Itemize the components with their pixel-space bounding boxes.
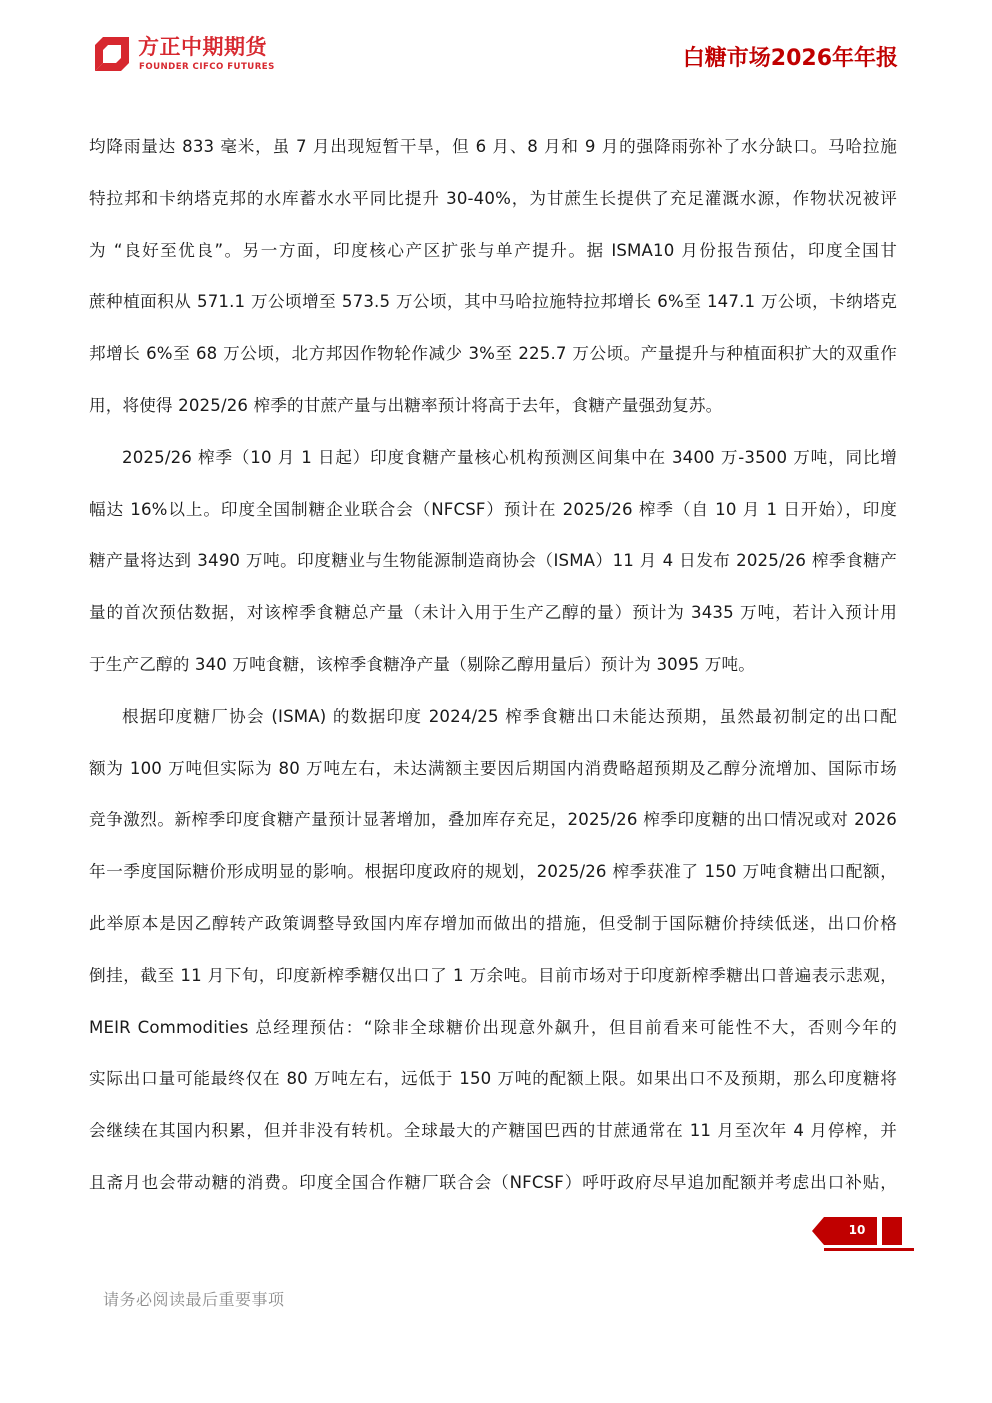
logo-name-en: FOUNDER CIFCO FUTURES [139,62,275,72]
text-line: 糖产量将达到 3490 万吨。印度糖业与生物能源制造商协会（ISMA）11 月 … [89,535,897,587]
text-line: 且斋月也会带动糖的消费。印度全国合作糖厂联合会（NFCSF）呼吁政府尽早追加配额… [89,1157,897,1209]
report-title: 白糖市场2026年年报 [683,45,898,73]
text-line: 竞争激烈。新榨季印度食糖产量预计显著增加，叠加库存充足，2025/26 榨季印度… [89,794,897,846]
text-line: 特拉邦和卡纳塔克邦的水库蓄水水平同比提升 30-40%，为甘蔗生长提供了充足灌溉… [89,173,897,225]
paragraph-production-forecast: 2025/26 榨季（10 月 1 日起）印度食糖产量核心机构预测区间集中在 3… [89,432,897,691]
text-line: 为 “良好至优良”。另一方面，印度核心产区扩张与单产提升。据 ISMA10 月份… [89,225,897,277]
text-line: 2025/26 榨季（10 月 1 日起）印度食糖产量核心机构预测区间集中在 3… [89,432,897,484]
disclaimer-note: 请务必阅读最后重要事项 [103,1289,285,1311]
text-line: 邦增长 6%至 68 万公顷，北方邦因作物轮作减少 3%至 225.7 万公顷。… [89,328,897,380]
text-line: 用，将使得 2025/26 榨季的甘蔗产量与出糖率预计将高于去年，食糖产量强劲复… [89,380,897,432]
page-number-badge: 10 [812,1215,902,1253]
paragraph-rainfall-acreage: 均降雨量达 833 毫米，虽 7 月出现短暂干旱，但 6 月、8 月和 9 月的… [89,121,897,432]
paragraph-export-outlook: 根据印度糖厂协会 (ISMA) 的数据印度 2024/25 榨季食糖出口未能达预… [89,691,897,1209]
company-logo: 方正中期期货 FOUNDER CIFCO FUTURES [94,34,294,78]
badge-underline [824,1248,914,1251]
text-line: 蔗种植面积从 571.1 万公顷增至 573.5 万公顷，其中马哈拉施特拉邦增长… [89,276,897,328]
text-line: 倒挂，截至 11 月下旬，印度新榨季糖仅出口了 1 万余吨。目前市场对于印度新榨… [89,950,897,1002]
text-line: 会继续在其国内积累，但并非没有转机。全球最大的产糖国巴西的甘蔗通常在 11 月至… [89,1105,897,1157]
text-line: 根据印度糖厂协会 (ISMA) 的数据印度 2024/25 榨季食糖出口未能达预… [89,691,897,743]
text-line: 均降雨量达 833 毫米，虽 7 月出现短暂干旱，但 6 月、8 月和 9 月的… [89,121,897,173]
text-line: MEIR Commodities 总经理预估：“除非全球糖价出现意外飙升，但目前… [89,1002,897,1054]
text-line: 此举原本是因乙醇转产政策调整导致国内库存增加而做出的措施，但受制于国际糖价持续低… [89,898,897,950]
page-header: 方正中期期货 FOUNDER CIFCO FUTURES 白糖市场2026年年报 [0,0,992,110]
founder-logo-icon [94,36,130,72]
text-line: 额为 100 万吨但实际为 80 万吨左右，未达满额主要因后期国内消费略超预期及… [89,743,897,795]
text-line: 幅达 16%以上。印度全国制糖企业联合会（NFCSF）预计在 2025/26 榨… [89,484,897,536]
page-number: 10 [832,1220,882,1240]
text-line: 量的首次预估数据，对该榨季食糖总产量（未计入用于生产乙醇的量）预计为 3435 … [89,587,897,639]
text-line: 年一季度国际糖价形成明显的影响。根据印度政府的规划，2025/26 榨季获准了 … [89,846,897,898]
text-line: 于生产乙醇的 340 万吨食糖，该榨季食糖净产量（剔除乙醇用量后）预计为 309… [89,639,897,691]
text-line: 实际出口量可能最终仅在 80 万吨左右，远低于 150 万吨的配额上限。如果出口… [89,1053,897,1105]
logo-name-cn: 方正中期期货 [138,34,267,60]
document-body: 均降雨量达 833 毫米，虽 7 月出现短暂干旱，但 6 月、8 月和 9 月的… [89,121,897,1209]
